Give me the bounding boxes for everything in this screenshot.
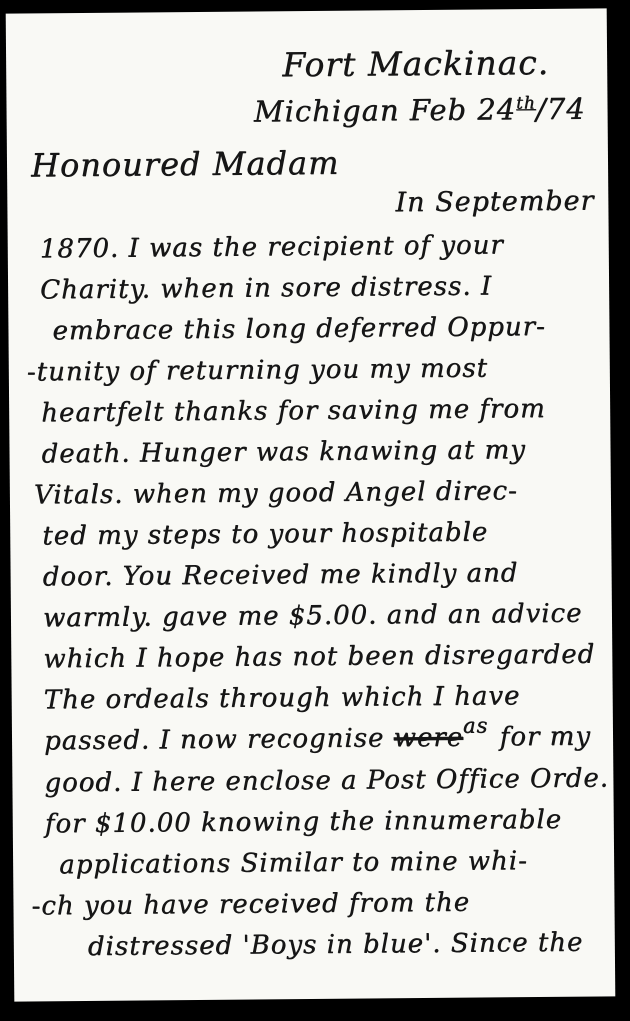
correction-before: passed. I now recognise bbox=[44, 723, 394, 756]
letter-body: 1870. I was the recipient of your Charit… bbox=[24, 224, 609, 968]
letter-line: 1870. I was the recipient of your bbox=[24, 224, 603, 270]
letter-line: Charity. when in sore distress. I bbox=[24, 265, 603, 311]
letter-line-with-correction: passed. I now recognise wereas for my bbox=[28, 716, 607, 763]
letter-line: applications Similar to mine whi- bbox=[29, 840, 608, 886]
letter-line: ted my steps to your hospitable bbox=[26, 511, 605, 557]
letter-paper: Fort Mackinac. Michigan Feb 24th/74 Hono… bbox=[6, 8, 616, 1001]
letter-opening-line: In September bbox=[23, 186, 594, 222]
letter-line: embrace this long deferred Oppur- bbox=[24, 306, 603, 352]
letter-line: which I hope has not been disregarded bbox=[27, 634, 606, 680]
letter-line: good. I here enclose a Post Office Orde. bbox=[28, 758, 607, 804]
letter-line: -ch you have received from the bbox=[29, 881, 608, 927]
letter-salutation: Honoured Madam bbox=[31, 141, 602, 184]
letter-line: -tunity of returning you my most bbox=[25, 347, 604, 393]
correction-after: for my bbox=[490, 722, 591, 753]
letter-date-year: /74 bbox=[536, 92, 586, 126]
letter-line: heartfelt thanks for saving me from bbox=[25, 388, 604, 434]
letter-scan: { "document": { "kind": "handwritten-let… bbox=[0, 0, 630, 1021]
letter-line: door. You Received me kindly and bbox=[26, 552, 605, 598]
letter-place-line: Fort Mackinac. bbox=[22, 43, 549, 87]
letter-date-line: Michigan Feb 24th/74 bbox=[22, 92, 585, 131]
struck-word: were bbox=[393, 723, 463, 754]
letter-line: death. Hunger was knawing at my bbox=[25, 429, 604, 475]
letter-line: The ordeals through which I have bbox=[28, 675, 607, 721]
letter-date-prefix: Michigan Feb 24 bbox=[254, 92, 517, 128]
inserted-word: as bbox=[463, 705, 489, 746]
letter-date-ordinal: th bbox=[516, 93, 536, 113]
letter-line: warmly. gave me $5.00. and an advice bbox=[27, 593, 606, 639]
letter-line: Vitals. when my good Angel direc- bbox=[26, 470, 605, 516]
letter-line: distressed 'Boys in blue'. Since the bbox=[30, 922, 609, 968]
letter-line: for $10.00 knowing the innumerable bbox=[29, 799, 608, 845]
